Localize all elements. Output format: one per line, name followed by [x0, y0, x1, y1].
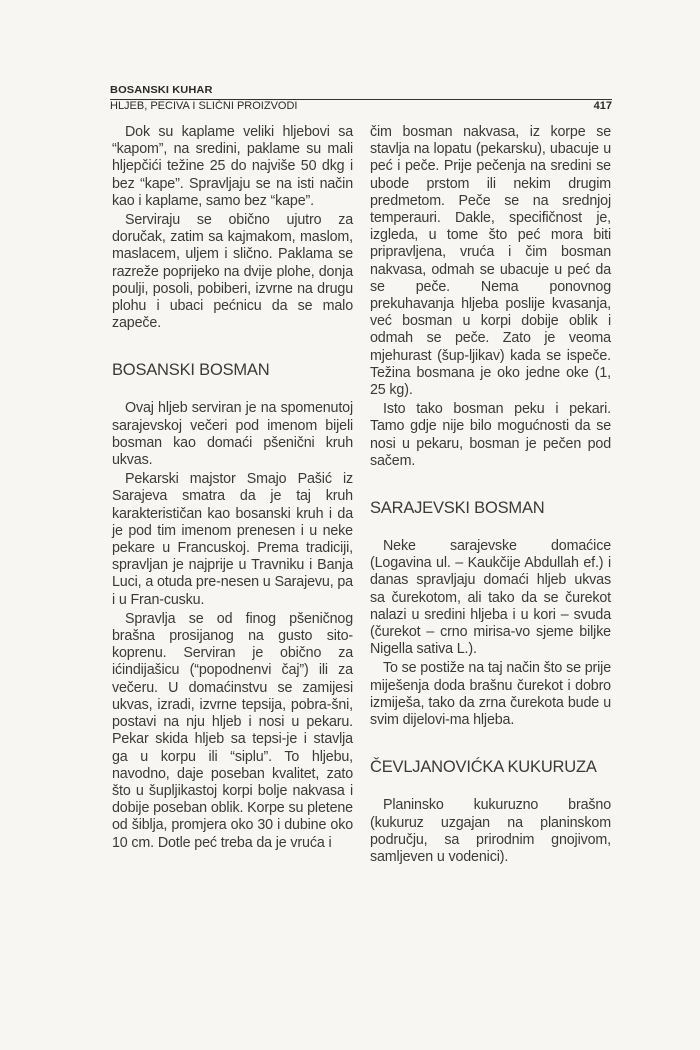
running-header: BOSANSKI KUHAR HLJEB, PECIVA I SLIČNI PR…: [110, 80, 612, 113]
paragraph: Dok su kaplame veliki hljebovi sa “kapom…: [112, 124, 353, 210]
paragraph: To se postiže na taj način što se prije …: [370, 660, 611, 729]
paragraph: čim bosman nakvasa, iz korpe se stavlja …: [370, 124, 611, 399]
left-column: Dok su kaplame veliki hljebovi sa “kapom…: [112, 124, 353, 852]
section-heading-bosanski-bosman: BOSANSKI BOSMAN: [112, 360, 353, 380]
right-column: čim bosman nakvasa, iz korpe se stavlja …: [370, 124, 611, 866]
paragraph: Planinsko kukuruzno brašno (kukuruz uzga…: [370, 797, 611, 866]
paragraph: Spravlja se od finog pšeničnog brašna pr…: [112, 611, 353, 852]
chapter-title: HLJEB, PECIVA I SLIČNI PROIZVODI: [110, 100, 297, 113]
paragraph: Serviraju se obično ujutro za doručak, z…: [112, 212, 353, 332]
paragraph: Ovaj hljeb serviran je na spomenutoj sar…: [112, 400, 353, 469]
paragraph: Isto tako bosman peku i pekari. Tamo gdj…: [370, 401, 611, 470]
section-heading-sarajevski-bosman: SARAJEVSKI BOSMAN: [370, 498, 611, 518]
page-number: 417: [594, 100, 612, 113]
section-heading-cevljanovicka-kukuruza: ČEVLJANOVIĆKA KUKURUZA: [370, 757, 611, 777]
chapter-row: HLJEB, PECIVA I SLIČNI PROIZVODI 417: [110, 100, 612, 113]
paragraph: Neke sarajevske domaćice (Logavina ul. –…: [370, 538, 611, 658]
paragraph: Pekarski majstor Smajo Pašić iz Sarajeva…: [112, 471, 353, 609]
book-title: BOSANSKI KUHAR: [110, 84, 213, 96]
